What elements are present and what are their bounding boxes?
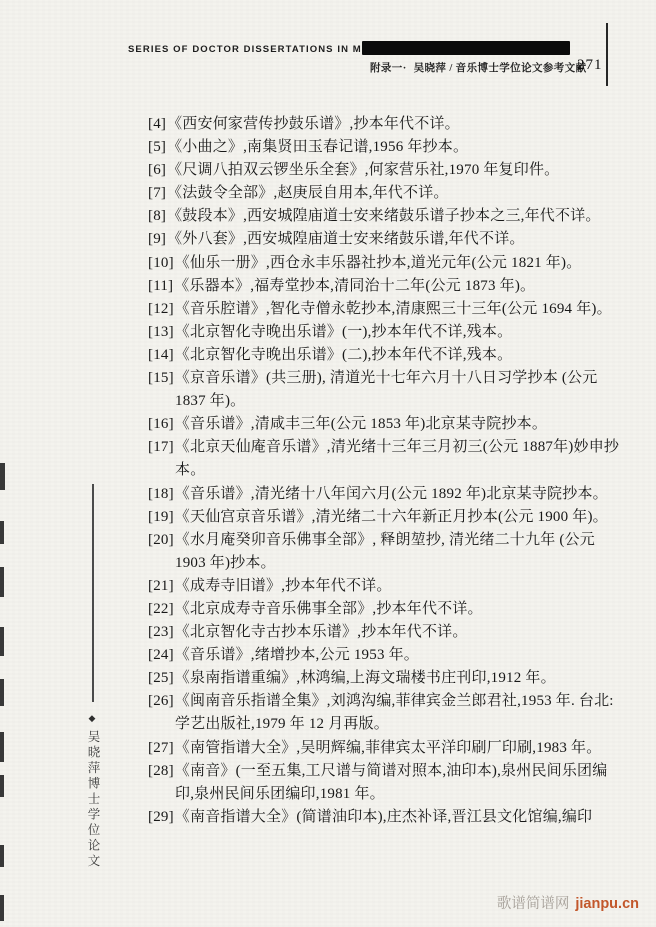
reference-number: [22] — [148, 601, 174, 617]
binding-mark — [0, 775, 4, 797]
reference-item: [16]《音乐谱》,清咸丰三年(公元 1853 年)北京某寺院抄本。 — [148, 413, 620, 436]
reference-text: 《天仙宫京音乐谱》,清光绪二十六年新正月抄本(公元 1900 年)。 — [175, 509, 608, 525]
reference-text: 《外八套》,西安城隍庙道士安来绪鼓乐谱,年代不详。 — [167, 231, 525, 247]
reference-text: 《南音指谱大全》(简谱油印本),庄杰补译,晋江县文化馆编,编印 — [175, 809, 592, 825]
reference-number: [17] — [148, 439, 174, 455]
reference-item: [4]《西安何家营传抄鼓乐谱》,抄本年代不详。 — [148, 113, 620, 136]
reference-number: [4] — [148, 116, 166, 132]
reference-number: [25] — [148, 670, 174, 686]
reference-item: [26]《闽南音乐指谱全集》,刘鸿沟编,菲律宾金兰郎君社,1953 年. 台北:… — [148, 690, 620, 736]
reference-text: 《北京智化寺晚出乐谱》(一),抄本年代不详,残本。 — [175, 324, 513, 340]
reference-item: [24]《音乐谱》,绪增抄本,公元 1953 年。 — [148, 644, 620, 667]
reference-item: [10]《仙乐一册》,西仓永丰乐器社抄本,道光元年(公元 1821 年)。 — [148, 252, 620, 275]
header-rule-vertical — [606, 23, 608, 86]
scanned-book-page: SERIES OF DOCTOR DISSERTATIONS IN MUSIC … — [0, 0, 656, 927]
reference-text: 《西安何家营传抄鼓乐谱》,抄本年代不详。 — [167, 116, 460, 132]
reference-text: 《京音乐谱》(共三册), 清道光十七年六月十八日习学抄本 (公元 1837 年)… — [175, 370, 598, 409]
reference-number: [26] — [148, 693, 174, 709]
reference-text: 《音乐腔谱》,智化寺僧永乾抄本,清康熙三十三年(公元 1694 年)。 — [175, 301, 612, 317]
page-number: 271 — [577, 57, 603, 74]
reference-number: [23] — [148, 624, 174, 640]
reference-number: [13] — [148, 324, 174, 340]
reference-text: 《乐器本》,福寿堂抄本,清同治十二年(公元 1873 年)。 — [174, 278, 535, 294]
reference-number: [8] — [148, 208, 166, 224]
reference-number: [14] — [148, 347, 174, 363]
reference-text: 《北京智化寺晚出乐谱》(二),抄本年代不详,残本。 — [175, 347, 513, 363]
reference-text: 《音乐谱》,清咸丰三年(公元 1853 年)北京某寺院抄本。 — [175, 416, 547, 432]
reference-item: [27]《南管指谱大全》,吴明辉编,菲律宾太平洋印刷厂印刷,1983 年。 — [148, 737, 620, 760]
reference-text: 《泉南指谱重编》,林鸿编,上海文瑞楼书庄刊印,1912 年。 — [175, 670, 556, 686]
reference-text: 《水月庵癸卯音乐佛事全部》, 释朗堃抄, 清光绪二十九年 (公元 1903 年)… — [175, 532, 595, 571]
reference-text: 《北京成寿寺音乐佛事全部》,抄本年代不详。 — [175, 601, 483, 617]
reference-item: [22]《北京成寿寺音乐佛事全部》,抄本年代不详。 — [148, 598, 620, 621]
diamond-icon: ◆ — [88, 714, 98, 730]
binding-mark — [0, 567, 4, 597]
watermark-site-url: jianpu.cn — [575, 896, 639, 912]
reference-text: 《仙乐一册》,西仓永丰乐器社抄本,道光元年(公元 1821 年)。 — [175, 255, 582, 271]
running-header-title: 吴晓萍 / 音乐博士学位论文参考文献 — [414, 63, 587, 74]
reference-text: 《闽南音乐指谱全集》,刘鸿沟编,菲律宾金兰郎君社,1953 年. 台北:学艺出版… — [175, 693, 614, 732]
sidebar-vertical-text: 吴晓萍博士学位论文 — [86, 730, 100, 870]
reference-number: [27] — [148, 740, 174, 756]
series-title: SERIES OF DOCTOR DISSERTATIONS IN MUSIC — [128, 44, 389, 55]
binding-mark — [0, 845, 4, 867]
reference-item: [29]《南音指谱大全》(简谱油印本),庄杰补译,晋江县文化馆编,编印 — [148, 806, 620, 829]
reference-number: [16] — [148, 416, 174, 432]
reference-number: [10] — [148, 255, 174, 271]
binding-mark — [0, 679, 4, 706]
header-black-bar — [362, 41, 570, 55]
reference-item: [6]《尺调八拍双云锣坐乐全套》,何家营乐社,1970 年复印件。 — [148, 159, 620, 182]
reference-list: [4]《西安何家营传抄鼓乐谱》,抄本年代不详。 [5]《小曲之》,南集贤田玉春记… — [148, 113, 620, 829]
reference-text: 《尺调八拍双云锣坐乐全套》,何家营乐社,1970 年复印件。 — [167, 162, 559, 178]
reference-text: 《北京天仙庵音乐谱》,清光绪十三年三月初三(公元 1887年)妙申抄本。 — [175, 439, 619, 478]
binding-mark — [0, 732, 4, 762]
reference-text: 《南音》(一至五集,工尺谱与简谱对照本,油印本),泉州民间乐团编印,泉州民间乐团… — [175, 763, 608, 802]
sidebar-rule-vertical — [92, 484, 94, 702]
reference-item: [28]《南音》(一至五集,工尺谱与简谱对照本,油印本),泉州民间乐团编印,泉州… — [148, 760, 620, 806]
binding-mark — [0, 521, 4, 544]
reference-item: [25]《泉南指谱重编》,林鸿编,上海文瑞楼书庄刊印,1912 年。 — [148, 667, 620, 690]
reference-item: [20]《水月庵癸卯音乐佛事全部》, 释朗堃抄, 清光绪二十九年 (公元 190… — [148, 529, 620, 575]
reference-item: [19]《天仙宫京音乐谱》,清光绪二十六年新正月抄本(公元 1900 年)。 — [148, 506, 620, 529]
reference-number: [6] — [148, 162, 166, 178]
reference-number: [9] — [148, 231, 166, 247]
reference-item: [23]《北京智化寺古抄本乐谱》,抄本年代不详。 — [148, 621, 620, 644]
reference-text: 《小曲之》,南集贤田玉春记谱,1956 年抄本。 — [167, 139, 468, 155]
watermark: 歌谱简谱网jianpu.cn — [497, 892, 639, 913]
running-header: 附录一·吴晓萍 / 音乐博士学位论文参考文献 — [370, 60, 570, 75]
reference-number: [15] — [148, 370, 174, 386]
reference-item: [18]《音乐谱》,清光绪十八年闰六月(公元 1892 年)北京某寺院抄本。 — [148, 483, 620, 506]
reference-item: [15]《京音乐谱》(共三册), 清道光十七年六月十八日习学抄本 (公元 183… — [148, 367, 620, 413]
sidebar-vertical-caption: ◆吴晓萍博士学位论文 — [83, 714, 103, 870]
reference-text: 《音乐谱》,清光绪十八年闰六月(公元 1892 年)北京某寺院抄本。 — [175, 486, 608, 502]
binding-mark — [0, 627, 4, 656]
appendix-label: 附录一· — [370, 63, 407, 74]
reference-text: 《成寿寺旧谱》,抄本年代不详。 — [175, 578, 392, 594]
reference-item: [5]《小曲之》,南集贤田玉春记谱,1956 年抄本。 — [148, 136, 620, 159]
reference-text: 《法鼓令全部》,赵庚辰自用本,年代不详。 — [167, 185, 449, 201]
reference-number: [12] — [148, 301, 174, 317]
reference-number: [11] — [148, 278, 173, 294]
reference-number: [21] — [148, 578, 174, 594]
reference-number: [28] — [148, 763, 174, 779]
reference-number: [20] — [148, 532, 174, 548]
reference-number: [18] — [148, 486, 174, 502]
reference-text: 《音乐谱》,绪增抄本,公元 1953 年。 — [175, 647, 419, 663]
binding-mark — [0, 463, 5, 490]
reference-number: [24] — [148, 647, 174, 663]
reference-item: [11]《乐器本》,福寿堂抄本,清同治十二年(公元 1873 年)。 — [148, 275, 620, 298]
binding-mark — [0, 895, 4, 921]
reference-item: [7]《法鼓令全部》,赵庚辰自用本,年代不详。 — [148, 182, 620, 205]
reference-item: [9]《外八套》,西安城隍庙道士安来绪鼓乐谱,年代不详。 — [148, 228, 620, 251]
reference-text: 《南管指谱大全》,吴明辉编,菲律宾太平洋印刷厂印刷,1983 年。 — [175, 740, 602, 756]
reference-item: [13]《北京智化寺晚出乐谱》(一),抄本年代不详,残本。 — [148, 321, 620, 344]
reference-number: [7] — [148, 185, 166, 201]
reference-item: [8]《鼓段本》,西安城隍庙道士安来绪鼓乐谱子抄本之三,年代不详。 — [148, 205, 620, 228]
watermark-site-name: 歌谱简谱网 — [497, 896, 570, 912]
reference-item: [14]《北京智化寺晚出乐谱》(二),抄本年代不详,残本。 — [148, 344, 620, 367]
reference-text: 《鼓段本》,西安城隍庙道士安来绪鼓乐谱子抄本之三,年代不详。 — [167, 208, 601, 224]
reference-text: 《北京智化寺古抄本乐谱》,抄本年代不详。 — [175, 624, 468, 640]
reference-item: [12]《音乐腔谱》,智化寺僧永乾抄本,清康熙三十三年(公元 1694 年)。 — [148, 298, 620, 321]
reference-item: [17]《北京天仙庵音乐谱》,清光绪十三年三月初三(公元 1887年)妙申抄本。 — [148, 436, 620, 482]
reference-number: [5] — [148, 139, 166, 155]
reference-item: [21]《成寿寺旧谱》,抄本年代不详。 — [148, 575, 620, 598]
reference-number: [29] — [148, 809, 174, 825]
reference-number: [19] — [148, 509, 174, 525]
